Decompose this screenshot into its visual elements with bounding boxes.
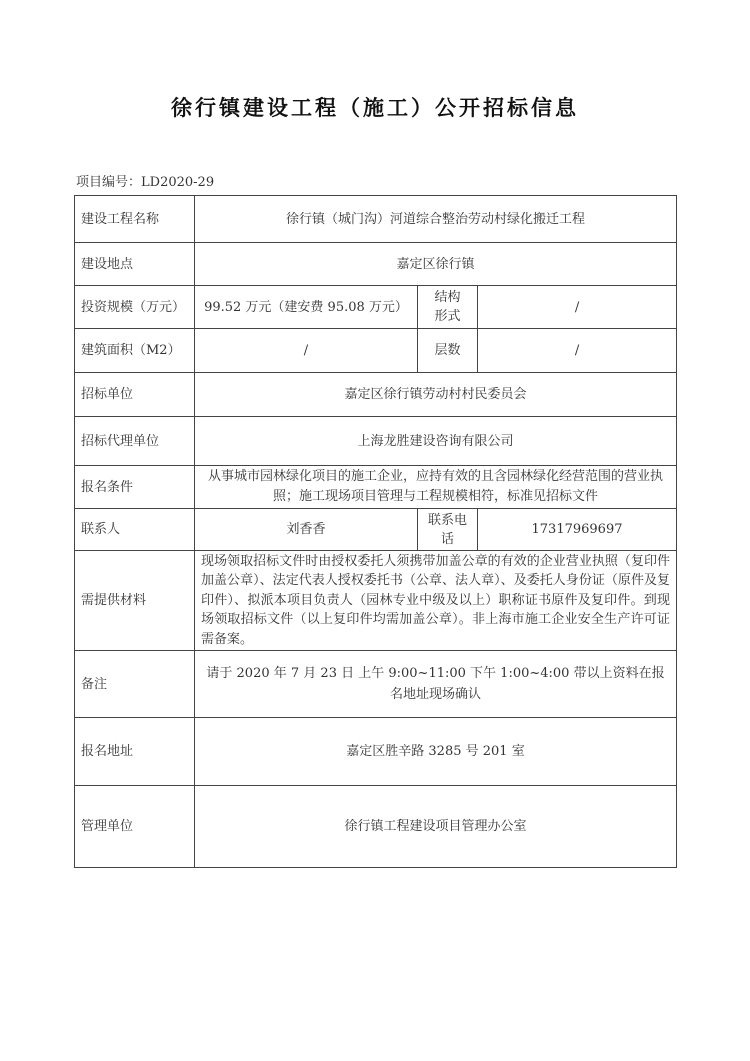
project-number-label: 项目编号： [76, 175, 141, 190]
requirements-value: 从事城市园林绿化项目的施工企业，应持有效的且含园林绿化经营范围的营业执照；施工现… [195, 466, 677, 509]
tenderer-label: 招标单位 [75, 373, 195, 417]
row-location: 建设地点 嘉定区徐行镇 [75, 243, 677, 286]
management-unit-value: 徐行镇工程建设项目管理办公室 [195, 786, 677, 868]
registration-address-label: 报名地址 [75, 718, 195, 786]
structure-value: / [478, 286, 677, 329]
materials-value: 现场领取招标文件时由授权委托人须携带加盖公章的有效的企业营业执照（复印件加盖公章… [195, 551, 677, 651]
row-remarks: 备注 请于 2020 年 7 月 23 日 上午 9:00~11:00 下午 1… [75, 651, 677, 718]
phone-label: 联系电话 [418, 509, 478, 551]
project-number-value: LD2020-29 [141, 175, 214, 190]
project-name-label: 建设工程名称 [75, 196, 195, 243]
project-name-value: 徐行镇（城门沟）河道综合整治劳动村绿化搬迁工程 [195, 196, 677, 243]
structure-label: 结构形式 [418, 286, 478, 329]
agent-label: 招标代理单位 [75, 417, 195, 466]
tender-info-table: 建设工程名称 徐行镇（城门沟）河道综合整治劳动村绿化搬迁工程 建设地点 嘉定区徐… [74, 195, 677, 868]
row-project-name: 建设工程名称 徐行镇（城门沟）河道综合整治劳动村绿化搬迁工程 [75, 196, 677, 243]
row-materials: 需提供材料 现场领取招标文件时由授权委托人须携带加盖公章的有效的企业营业执照（复… [75, 551, 677, 651]
row-registration-address: 报名地址 嘉定区胜辛路 3285 号 201 室 [75, 718, 677, 786]
phone-value: 17317969697 [478, 509, 677, 551]
registration-address-value: 嘉定区胜辛路 3285 号 201 室 [195, 718, 677, 786]
row-area: 建筑面积（M2） / 层数 / [75, 329, 677, 373]
row-management-unit: 管理单位 徐行镇工程建设项目管理办公室 [75, 786, 677, 868]
requirements-label: 报名条件 [75, 466, 195, 509]
agent-value: 上海龙胜建设咨询有限公司 [195, 417, 677, 466]
row-investment: 投资规模（万元） 99.52 万元（建安费 95.08 万元） 结构形式 / [75, 286, 677, 329]
row-tenderer: 招标单位 嘉定区徐行镇劳动村村民委员会 [75, 373, 677, 417]
area-label: 建筑面积（M2） [75, 329, 195, 373]
row-contact: 联系人 刘香香 联系电话 17317969697 [75, 509, 677, 551]
row-requirements: 报名条件 从事城市园林绿化项目的施工企业，应持有效的且含园林绿化经营范围的营业执… [75, 466, 677, 509]
floors-label: 层数 [418, 329, 478, 373]
contact-value: 刘香香 [195, 509, 418, 551]
investment-label: 投资规模（万元） [75, 286, 195, 329]
contact-label: 联系人 [75, 509, 195, 551]
document-title: 徐行镇建设工程（施工）公开招标信息 [0, 92, 750, 122]
tenderer-value: 嘉定区徐行镇劳动村村民委员会 [195, 373, 677, 417]
area-value: / [195, 329, 418, 373]
location-value: 嘉定区徐行镇 [195, 243, 677, 286]
location-label: 建设地点 [75, 243, 195, 286]
project-number: 项目编号：LD2020-29 [76, 171, 214, 190]
management-unit-label: 管理单位 [75, 786, 195, 868]
remarks-label: 备注 [75, 651, 195, 718]
floors-value: / [478, 329, 677, 373]
investment-value: 99.52 万元（建安费 95.08 万元） [195, 286, 418, 329]
materials-label: 需提供材料 [75, 551, 195, 651]
row-agent: 招标代理单位 上海龙胜建设咨询有限公司 [75, 417, 677, 466]
remarks-value: 请于 2020 年 7 月 23 日 上午 9:00~11:00 下午 1:00… [195, 651, 677, 718]
